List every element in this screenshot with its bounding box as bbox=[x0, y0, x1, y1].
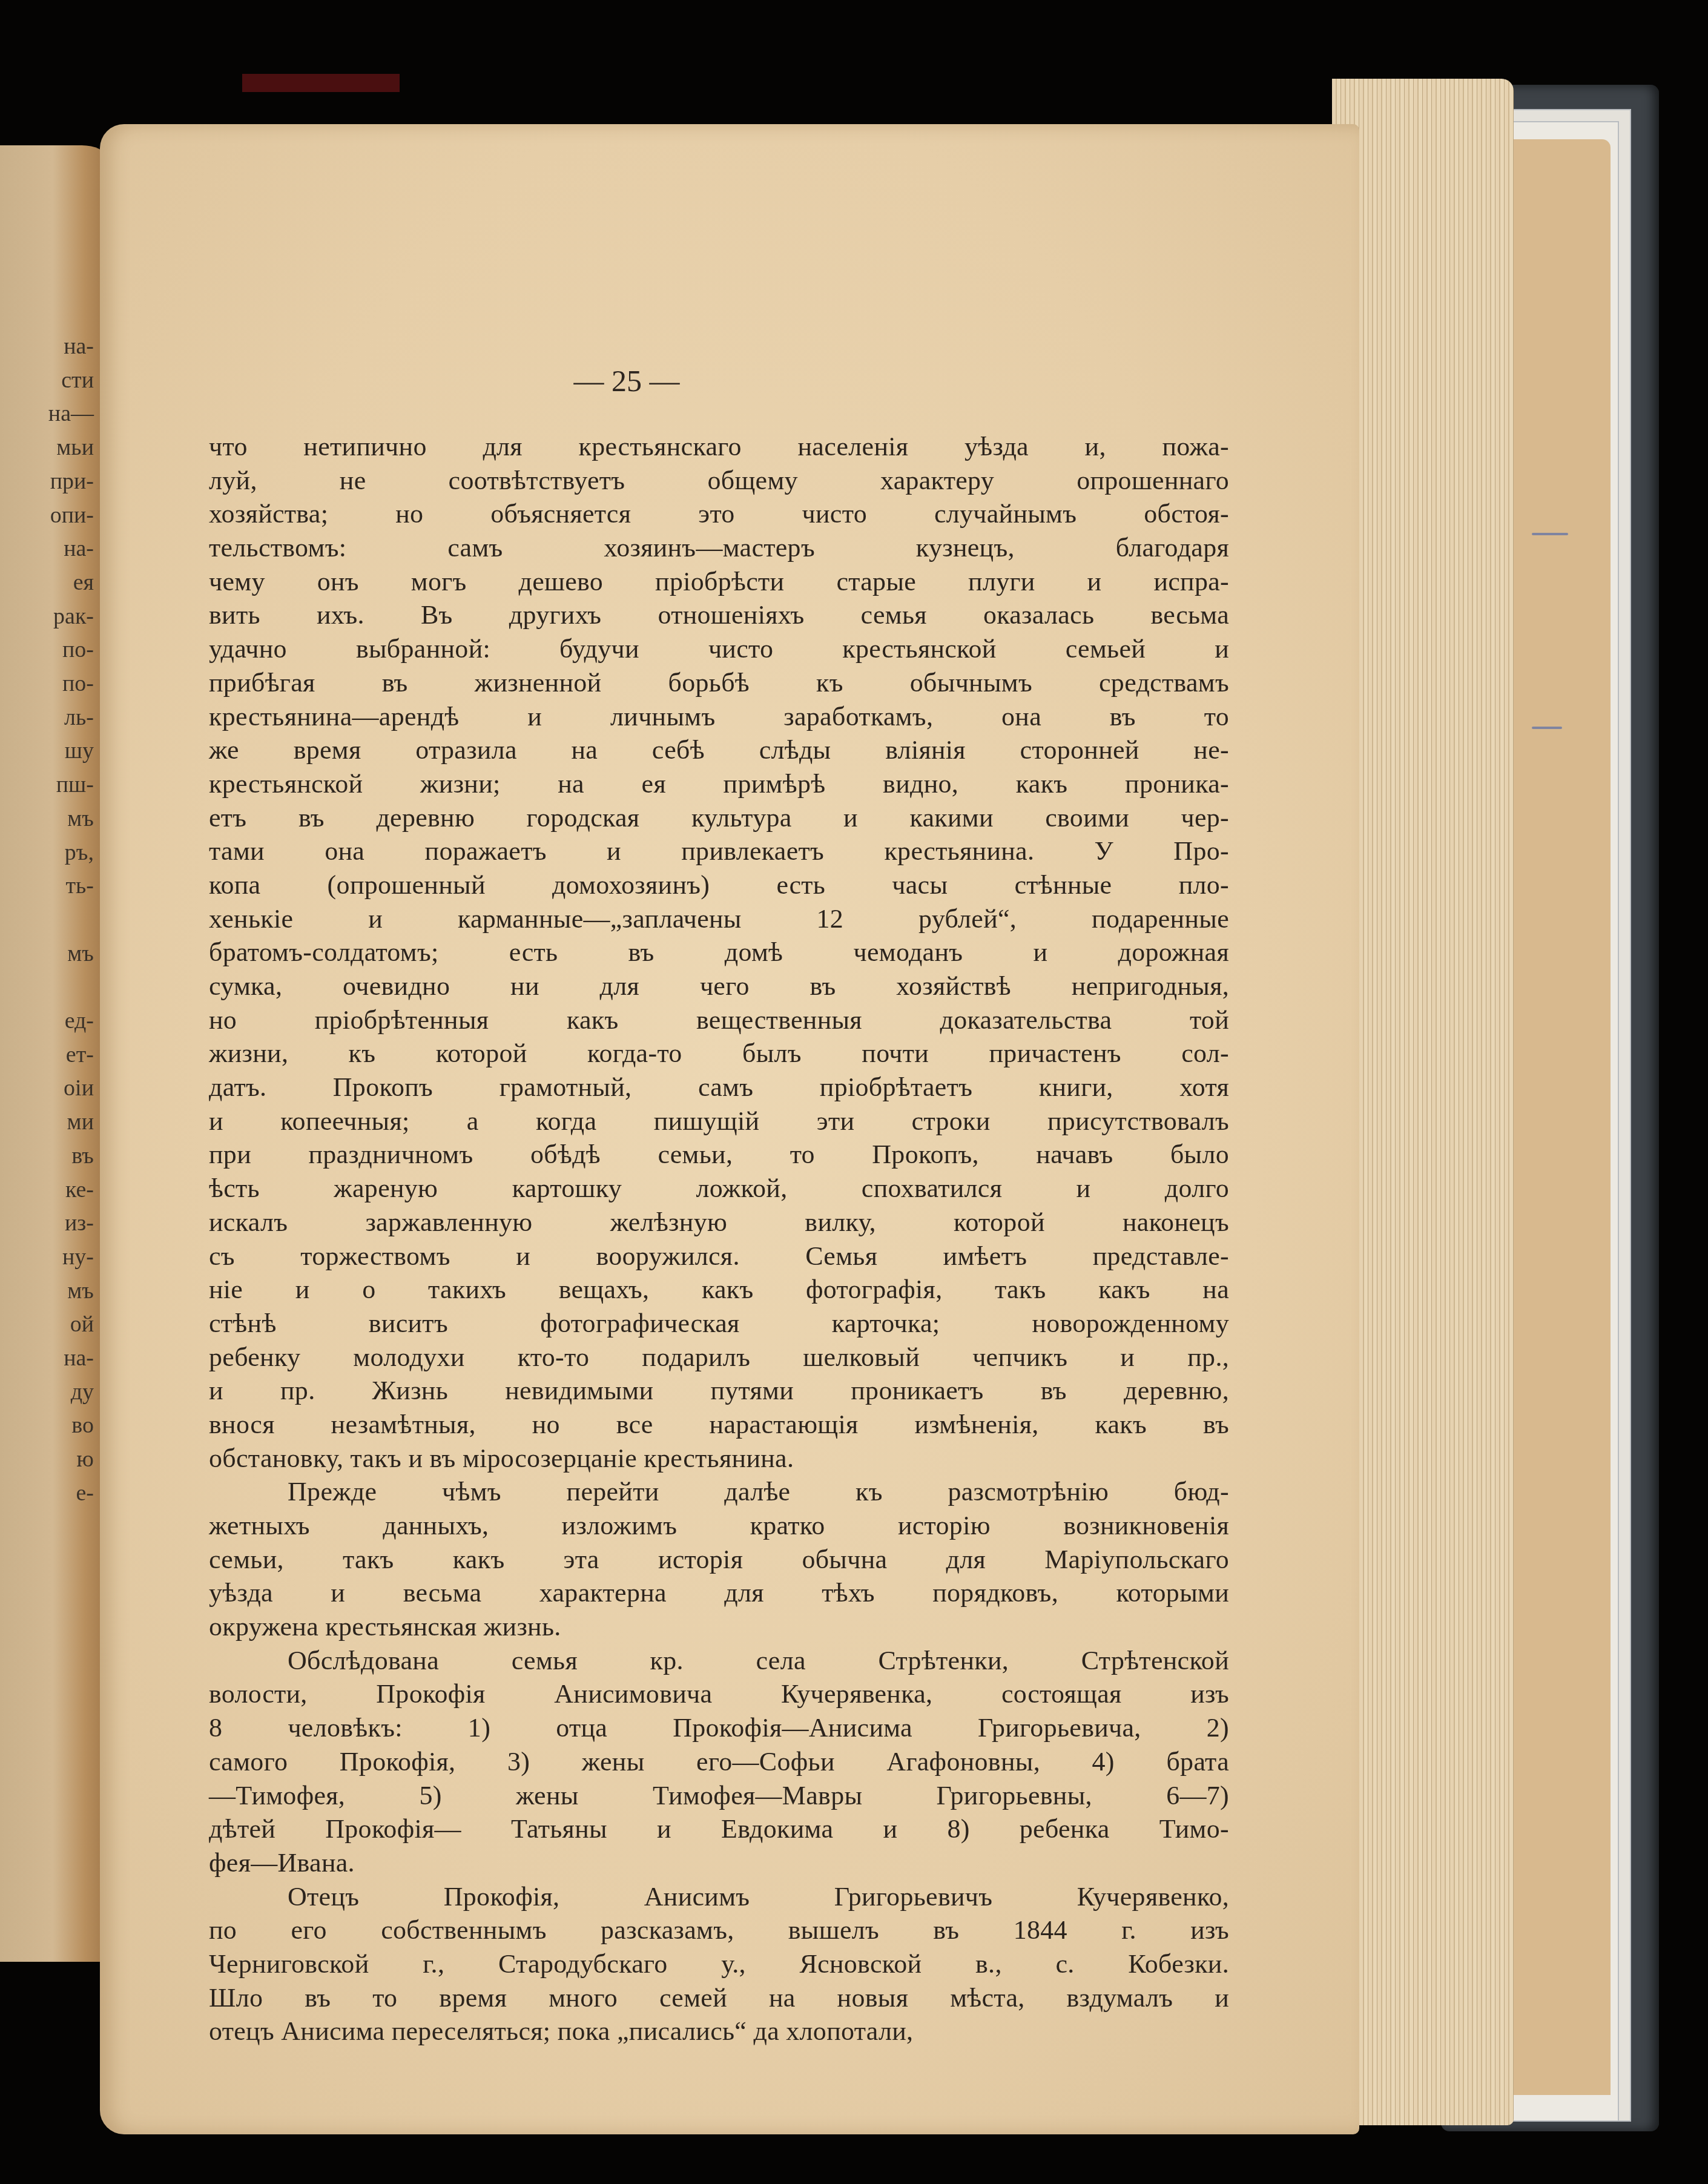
left-page-text-fragment: ед- bbox=[65, 1008, 94, 1034]
paragraph: Отецъ Прокофія, Анисимъ Григорьевичъ Куч… bbox=[209, 1880, 1229, 2048]
left-page-text-fragment: ну- bbox=[62, 1244, 94, 1270]
left-page-text-fragment: во bbox=[71, 1412, 94, 1439]
left-page-text-fragment: на- bbox=[64, 1345, 94, 1371]
text-line: —Тимофея, 5) жены Тимофея—Мавры Григорье… bbox=[209, 1779, 1229, 1813]
text-line: семьи, такъ какъ эта исторія обычна для … bbox=[209, 1543, 1229, 1577]
text-line: хозяйства; но объясняется это чисто случ… bbox=[209, 497, 1229, 531]
text-line: но пріобрѣтенныя какъ вещественныя доказ… bbox=[209, 1003, 1229, 1037]
left-page-text-fragment: на- bbox=[64, 333, 94, 360]
text-line: при праздничномъ обѣдѣ семьи, то Прокопъ… bbox=[209, 1138, 1229, 1172]
text-line: луй, не соотвѣтствуетъ общему характеру … bbox=[209, 464, 1229, 498]
left-page-text-fragment: шу bbox=[65, 737, 94, 764]
text-line: жизни, къ которой когда-то былъ почти пр… bbox=[209, 1037, 1229, 1071]
text-line: братомъ-солдатомъ; есть въ домѣ чемоданъ… bbox=[209, 935, 1229, 969]
text-line: копа (опрошенный домохозяинъ) есть часы … bbox=[209, 868, 1229, 902]
left-page-text-fragment: при- bbox=[50, 468, 94, 495]
text-line: обстановку, такъ и въ міросозерцаніе кре… bbox=[209, 1442, 1229, 1476]
text-line: фея—Ивана. bbox=[209, 1846, 1229, 1880]
left-page-text-fragment: ке- bbox=[65, 1176, 94, 1203]
text-line: жетныхъ данныхъ, изложимъ кратко исторію… bbox=[209, 1509, 1229, 1543]
text-line: Черниговской г., Стародубскаго у., Яснов… bbox=[209, 1947, 1229, 1981]
text-line: сумка, очевидно ни для чего въ хозяйствѣ… bbox=[209, 969, 1229, 1003]
left-page-text-fragment: рак- bbox=[53, 603, 94, 630]
right-page: — 25 — что нетипично для крестьянскаго н… bbox=[100, 124, 1359, 2134]
left-page-text-fragment: на- bbox=[64, 535, 94, 562]
text-line: искалъ заржавленную желѣзную вилку, кото… bbox=[209, 1206, 1229, 1239]
text-line: уѣзда и весьма характерна для тѣхъ поряд… bbox=[209, 1576, 1229, 1610]
left-page-text-fragment: ет- bbox=[66, 1041, 94, 1068]
left-page-text-fragment: ея bbox=[73, 569, 94, 596]
left-page-text-fragment: ть- bbox=[65, 873, 94, 899]
text-line: Прежде чѣмъ перейти далѣе къ разсмотрѣні… bbox=[209, 1475, 1229, 1509]
text-line: отецъ Анисима переселяться; пока „писали… bbox=[209, 2014, 1229, 2048]
pen-mark bbox=[1532, 727, 1562, 729]
text-line: окружена крестьянская жизнь. bbox=[209, 1610, 1229, 1644]
left-page-text-fragment: из- bbox=[65, 1210, 94, 1236]
inserted-tan-card bbox=[1508, 139, 1611, 2095]
text-line: тами она поражаетъ и привлекаетъ крестья… bbox=[209, 834, 1229, 868]
text-line: съ торжествомъ и вооружился. Семья имѣет… bbox=[209, 1239, 1229, 1273]
text-line: по его собственнымъ разсказамъ, вышелъ в… bbox=[209, 1913, 1229, 1947]
text-line: крестьянина—арендѣ и личнымъ заработкамъ… bbox=[209, 700, 1229, 734]
left-page-text-fragment: оіи bbox=[64, 1075, 94, 1101]
left-page-text-fragment: мьи bbox=[56, 434, 94, 461]
text-line: ребенку молодухи кто-то подарилъ шелковы… bbox=[209, 1341, 1229, 1374]
text-line: тельствомъ: самъ хозяинъ—мастеръ кузнецъ… bbox=[209, 531, 1229, 565]
left-page-text-fragment: мъ bbox=[67, 805, 94, 832]
pen-mark bbox=[1532, 533, 1568, 535]
text-line: прибѣгая въ жизненной борьбѣ къ обычнымъ… bbox=[209, 666, 1229, 700]
page-edges-stack bbox=[1332, 79, 1514, 2125]
text-line: вить ихъ. Въ другихъ отношеніяхъ семья о… bbox=[209, 598, 1229, 632]
left-page-text-fragment: въ bbox=[71, 1143, 94, 1169]
left-page-text-fragment: ду bbox=[71, 1379, 94, 1405]
text-line: етъ въ деревню городская культура и каки… bbox=[209, 801, 1229, 835]
left-page-text-fragment: мъ bbox=[67, 940, 94, 967]
text-line: ѣсть жареную картошку ложкой, спохватилс… bbox=[209, 1172, 1229, 1206]
left-page-text-fragment: ръ, bbox=[65, 839, 94, 866]
left-page-text-fragment: мъ bbox=[67, 1278, 94, 1304]
text-line: и копеечныя; а когда пишущій эти строки … bbox=[209, 1104, 1229, 1138]
page-number: — 25 — bbox=[0, 363, 1256, 398]
text-line: ніе и о такихъ вещахъ, какъ фотографія, … bbox=[209, 1273, 1229, 1307]
left-page-text-fragment: ю bbox=[77, 1446, 94, 1473]
paragraph: что нетипично для крестьянскаго населені… bbox=[209, 430, 1229, 1475]
left-page-text-fragment: по- bbox=[62, 636, 94, 663]
text-line: внося незамѣтныя, но все нарастающія изм… bbox=[209, 1408, 1229, 1442]
text-line: и пр. Жизнь невидимыми путями проникаетъ… bbox=[209, 1374, 1229, 1408]
left-page-text-fragment: е- bbox=[76, 1480, 94, 1506]
text-line: стѣнѣ виситъ фотографическая карточка; н… bbox=[209, 1307, 1229, 1341]
left-page-text-fragment: на— bbox=[48, 400, 94, 427]
text-line: что нетипично для крестьянскаго населені… bbox=[209, 430, 1229, 464]
text-line: датъ. Прокопъ грамотный, самъ пріобрѣтае… bbox=[209, 1071, 1229, 1104]
page-body-text: что нетипично для крестьянскаго населені… bbox=[209, 430, 1229, 2048]
paragraph: Обслѣдована семья кр. села Стрѣтенки, Ст… bbox=[209, 1644, 1229, 1880]
left-page-edge: на-стина—мьипри-опи-на-еярак-по-по-ль-шу… bbox=[0, 145, 106, 1962]
text-line: волости, Прокофія Анисимовича Кучерявенк… bbox=[209, 1677, 1229, 1711]
left-page-text-fragment: ой bbox=[70, 1311, 94, 1338]
book-cover-red-edge-top bbox=[242, 74, 400, 92]
text-line: удачно выбранной: будучи чисто крестьянс… bbox=[209, 632, 1229, 666]
text-line: хенькіе и карманные—„заплачены 12 рублей… bbox=[209, 902, 1229, 936]
text-line: 8 человѣкъ: 1) отца Прокофія—Анисима Гри… bbox=[209, 1711, 1229, 1745]
text-line: самого Прокофія, 3) жены его—Софьи Агафо… bbox=[209, 1745, 1229, 1779]
left-page-text-fragment: ми bbox=[67, 1109, 94, 1135]
text-line: чему онъ могъ дешево пріобрѣсти старые п… bbox=[209, 565, 1229, 599]
left-page-text-fragment: пш- bbox=[56, 771, 94, 798]
left-page-text-fragment: ль- bbox=[64, 704, 94, 731]
text-line: Отецъ Прокофія, Анисимъ Григорьевичъ Куч… bbox=[209, 1880, 1229, 1914]
text-line: Шло въ то время много семей на новыя мѣс… bbox=[209, 1981, 1229, 2015]
text-line: же время отразила на себѣ слѣды вліянія … bbox=[209, 733, 1229, 767]
text-line: Обслѣдована семья кр. села Стрѣтенки, Ст… bbox=[209, 1644, 1229, 1678]
text-line: дѣтей Прокофія— Татьяны и Евдокима и 8) … bbox=[209, 1812, 1229, 1846]
left-page-text-fragment: по- bbox=[62, 670, 94, 697]
paragraph: Прежде чѣмъ перейти далѣе къ разсмотрѣні… bbox=[209, 1475, 1229, 1643]
left-page-text-fragment: опи- bbox=[50, 502, 94, 529]
text-line: крестьянской жизни; на ея примѣрѣ видно,… bbox=[209, 767, 1229, 801]
